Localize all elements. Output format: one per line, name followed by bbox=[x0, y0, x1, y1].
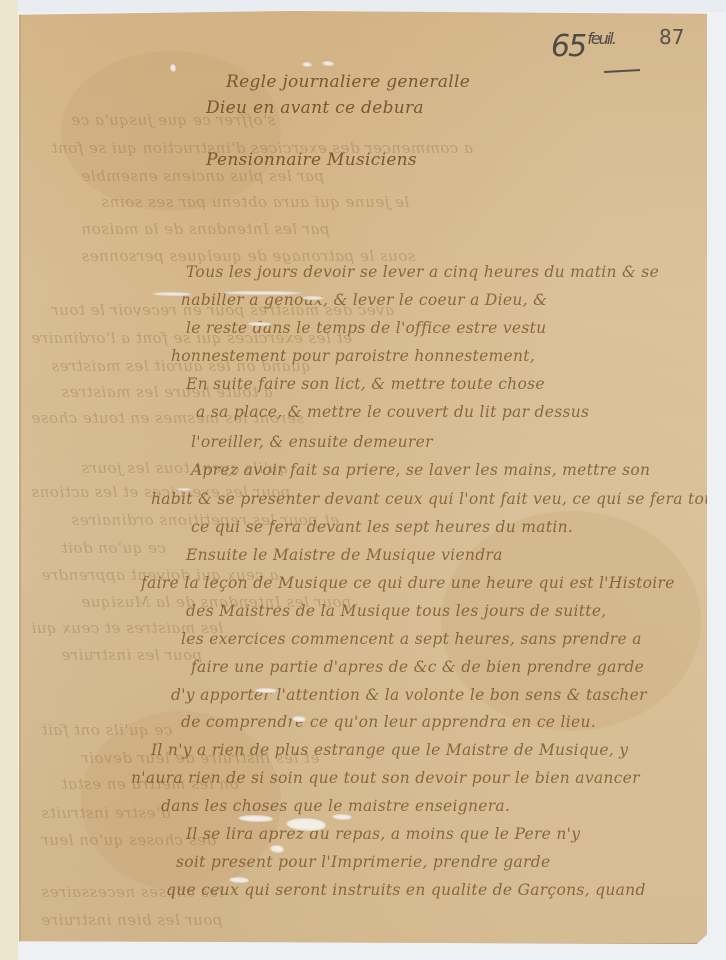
manuscript-line: faire une partie d'apres de &c & de bien… bbox=[191, 658, 644, 676]
manuscript-heading-line: Pensionnaire Musiciens bbox=[206, 150, 417, 170]
paper-hole bbox=[255, 688, 277, 693]
paper-hole bbox=[302, 296, 324, 300]
manuscript-page: s'offrer ce que jusqu'a cea commencer de… bbox=[19, 11, 707, 944]
manuscript-line: Ensuite le Maistre de Musique viendra bbox=[186, 546, 503, 564]
manuscript-line: l'oreiller, & ensuite demeurer bbox=[191, 433, 433, 451]
manuscript-line: Aprez avoir fait sa priere, se laver les… bbox=[191, 461, 650, 479]
paper-hole bbox=[247, 322, 272, 326]
bleed-through-line: ce qu'on doit bbox=[61, 539, 166, 557]
manuscript-line: des Maistres de la Musique tous les jour… bbox=[186, 602, 607, 620]
paper-hole bbox=[322, 61, 334, 66]
manuscript-line: Tous les jours devoir se lever a cinq he… bbox=[186, 263, 659, 281]
paper-hole bbox=[152, 292, 192, 296]
bleed-through-line: ce qu'ils ont fait bbox=[41, 721, 172, 739]
paper-hole bbox=[170, 64, 176, 72]
manuscript-line: Il se lira aprez du repas, a moins que l… bbox=[186, 825, 580, 843]
paper-hole bbox=[302, 62, 312, 67]
manuscript-line: Il n'y a rien de plus estrange que le Ma… bbox=[151, 741, 628, 759]
manuscript-line: les exercices commencent a sept heures, … bbox=[181, 630, 642, 648]
paper-hole bbox=[270, 845, 284, 853]
scan-viewport: s'offrer ce que jusqu'a cea commencer de… bbox=[0, 0, 726, 960]
paper-hole bbox=[292, 716, 306, 722]
manuscript-line: faire la leçon de Musique ce qui dure un… bbox=[141, 574, 675, 592]
manuscript-line: honnestement pour paroistre honnestement… bbox=[171, 347, 535, 365]
manuscript-line: ce qui se fera devant les sept heures du… bbox=[191, 518, 573, 536]
folio-mark-suffix: feuil. bbox=[587, 29, 615, 48]
manuscript-line: habit & se presenter devant ceux qui l'o… bbox=[151, 490, 726, 508]
bleed-through-line: pour les bien instruire bbox=[41, 911, 222, 929]
folio-mark-main: 65 bbox=[551, 29, 585, 64]
paper-hole bbox=[332, 814, 352, 820]
folio-number: 87 bbox=[659, 25, 684, 49]
manuscript-line: que ceux qui seront instruits en qualite… bbox=[166, 881, 646, 899]
paper-hole bbox=[176, 488, 192, 491]
paper-hole bbox=[229, 877, 249, 883]
manuscript-line: soit present pour l'Imprimerie, prendre … bbox=[176, 853, 550, 871]
bleed-through-line: pour les instruire bbox=[61, 646, 202, 664]
manuscript-line: de comprendre ce qu'on leur apprendra en… bbox=[181, 713, 596, 731]
bleed-through-line: d'estre instruits bbox=[41, 804, 170, 822]
bleed-through-line: le jeune qui aura obtenu par ses soins bbox=[101, 193, 409, 211]
manuscript-line: le reste dans le temps de l'office estre… bbox=[186, 319, 546, 337]
folio-underline bbox=[604, 69, 640, 73]
folio-mark-pencil: 65feuil. bbox=[551, 29, 615, 64]
manuscript-line: a sa place, & mettre le couvert du lit p… bbox=[196, 403, 589, 421]
manuscript-heading-line: Regle journaliere generalle bbox=[226, 72, 470, 92]
manuscript-line: En suite faire son lict, & mettre toute … bbox=[186, 375, 545, 393]
scan-top-margin bbox=[18, 0, 726, 12]
manuscript-heading-line: Dieu en avant ce debura bbox=[206, 98, 424, 118]
manuscript-line: dans les choses que le maistre enseigner… bbox=[161, 797, 510, 815]
bleed-through-line: par les Intendans de la maison bbox=[81, 220, 330, 238]
manuscript-line: n'aura rien de si soin que tout son devo… bbox=[131, 769, 640, 787]
paper-hole bbox=[238, 815, 273, 822]
manuscript-line: d'y apporter l'attention & la volonte le… bbox=[171, 686, 647, 704]
